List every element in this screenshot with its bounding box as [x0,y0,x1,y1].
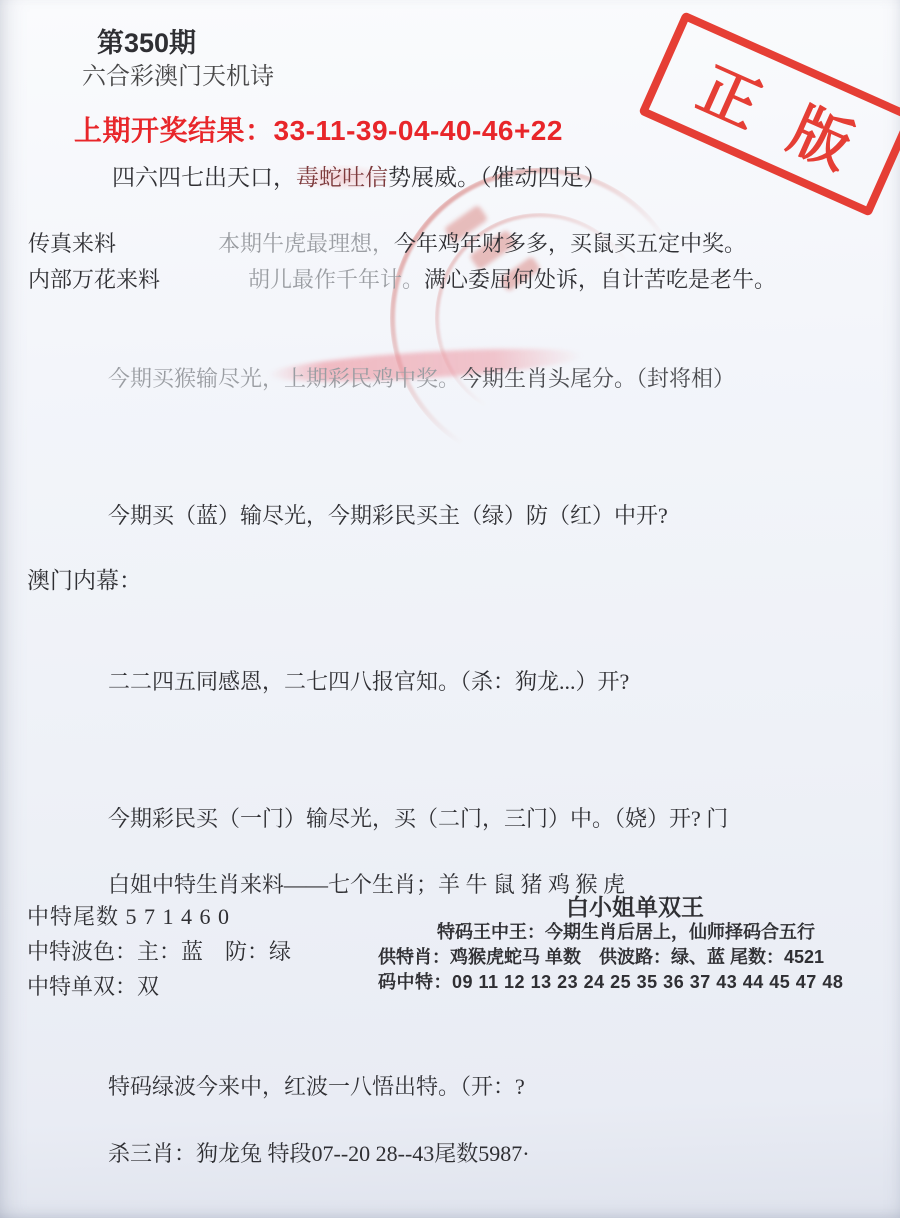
page-title: 六合彩澳门天机诗 [82,62,274,92]
internal-faded-part: 胡儿最作千年计。 [248,267,424,292]
fax-material-label: 传真来料 [28,230,116,258]
macau-insider-label: 澳门内幕： [27,567,142,596]
internal-material-label: 内部万花来料 [28,266,160,294]
last-draw-result: 上期开奖结果：33-11-39-04-40-46+22 [74,113,563,148]
blue-wave-verse-line: 今期买（蓝）输尽光，今期彩民买主（绿）防（红）中开? [108,502,668,530]
issue-number: 第350期 [97,27,196,61]
lottery-tip-sheet: 第350期 六合彩澳门天机诗 上期开奖结果：33-11-39-04-40-46+… [0,0,900,1218]
baixiaojie-line-zodiac-wave: 供特肖：鸡猴虎蛇马 单数 供波路：绿、蓝 尾数：4521 [378,946,824,969]
monkey-verse-line: 今期买猴输尽光，上期彩民鸡中奖。今期生肖头尾分。（封将相） [108,365,735,393]
authenticity-stamp-text: 正版 [686,42,900,202]
baixiaojie-line-kingofkings: 特码王中王：今期生肖后居上，仙师择码合五行 [437,921,815,944]
last-draw-result-numbers: 33-11-39-04-40-46+22 [274,115,563,146]
monkey-faded-part: 今期买猴输尽光，上期彩民鸡中奖。 [108,366,460,391]
green-wave-verse-line: 特码绿波今来中，红波一八悟出特。（开：? [108,1073,525,1101]
internal-clear-part: 满心委屈何处诉，自计苦吃是老牛。 [424,267,776,292]
fax-clear-part: 今年鸡年财多多，买鼠买五定中奖。 [394,231,746,256]
doors-verse-line: 今期彩民买（一门）输尽光，买（二门，三门）中。（娆）开? 门 [108,805,728,833]
monkey-clear-part: 今期生肖头尾分。（封将相） [460,366,735,391]
special-tail-numbers: 中特尾数 5 7 1 4 6 0 [27,903,230,931]
authenticity-stamp: 正版 [638,11,900,217]
special-wave-colors: 中特波色：主：蓝 防：绿 [27,938,291,966]
special-odd-even: 中特单双：双 [27,973,159,1001]
poem-line-1: 四六四七出天口，毒蛇吐信势展威。（催动四足） [112,164,607,193]
baixiaojie-panel-title: 白小姐单双王 [566,893,704,922]
kill-three-zodiac-line: 杀三肖：狗龙兔 特段07--20 28--43尾数5987· [108,1140,530,1168]
numbers-verse-line: 二二四五同感恩，二七四八报官知。（杀：狗龙...）开? [108,668,629,696]
poem-line-1-part: 势展威。（催动四足） [388,165,607,190]
poem-line-1-stamped-part: 毒蛇吐信 [296,165,388,190]
zodiac-tip-line: 白姐中特生肖来料——七个生肖；羊 牛 鼠 猪 鸡 猴 虎 [108,871,625,899]
internal-material-text: 胡儿最作千年计。满心委屈何处诉，自计苦吃是老牛。 [248,266,776,294]
poem-line-1-part: 四六四七出天口， [112,165,296,190]
baixiaojie-line-special-codes: 码中特：09 11 12 13 23 24 25 35 36 37 43 44 … [378,971,843,994]
last-draw-result-label: 上期开奖结果： [74,115,274,146]
fax-material-text: 本期牛虎最理想，今年鸡年财多多，买鼠买五定中奖。 [218,230,746,258]
fax-faded-part: 本期牛虎最理想， [218,231,394,256]
